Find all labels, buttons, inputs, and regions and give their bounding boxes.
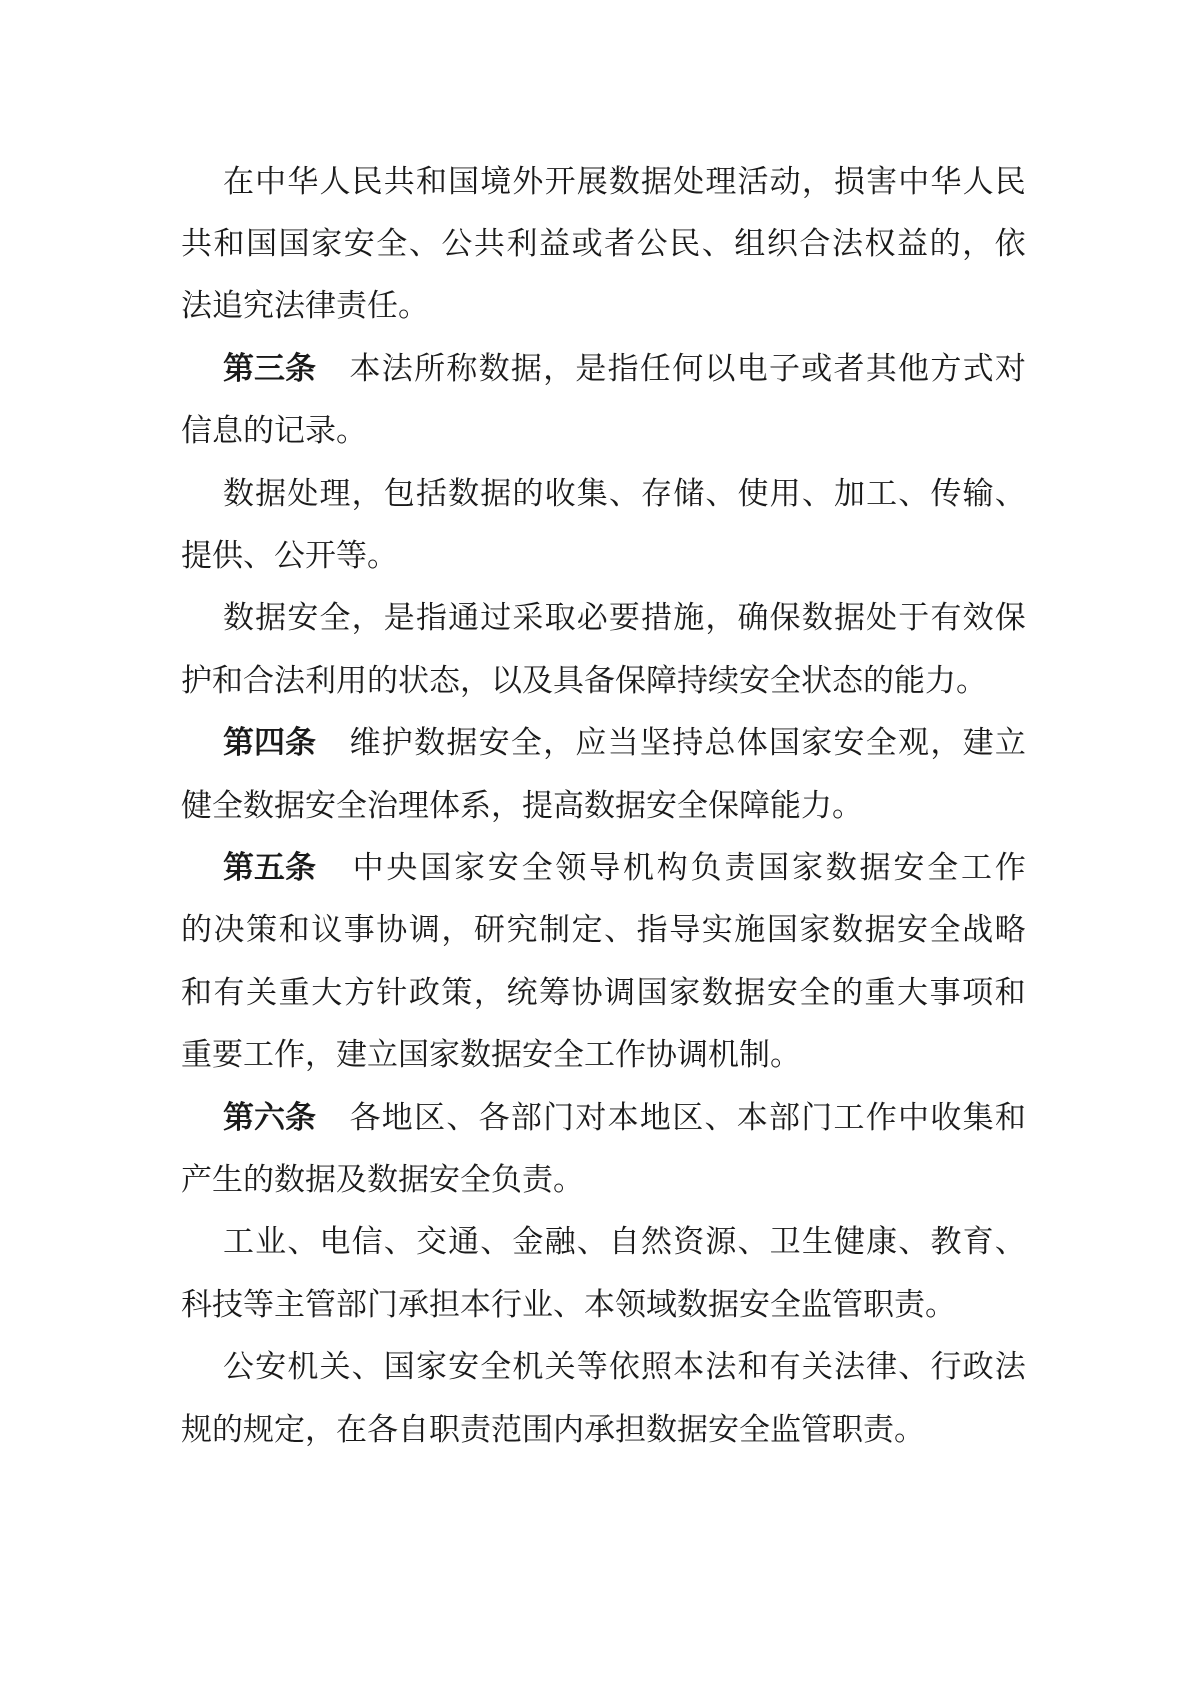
text-line-15: 重要工作，建立国家数据安全工作协调机制。: [181, 1020, 1026, 1082]
text-line-10: 第四条维护数据安全，应当坚持总体国家安全观，建立: [181, 709, 1026, 771]
article-number: 第六条: [223, 1092, 316, 1137]
article-number: 第四条: [223, 717, 316, 762]
document-body: 在中华人民共和国境外开展数据处理活动，损害中华人民共和国国家安全、公共利益或者公…: [181, 147, 1026, 1457]
text-line-20: 公安机关、国家安全机关等依照本法和有关法律、行政法: [181, 1332, 1026, 1394]
text-line-14: 和有关重大方针政策，统筹协调国家数据安全的重大事项和: [181, 958, 1026, 1020]
text-line-21: 规的规定，在各自职责范围内承担数据安全监管职责。: [181, 1395, 1026, 1457]
article-number: 第三条: [223, 343, 316, 388]
text-line-2: 共和国国家安全、公共利益或者公民、组织合法权益的，依: [181, 209, 1026, 271]
text-line-5: 信息的记录。: [181, 397, 1026, 459]
text-line-3: 法追究法律责任。: [181, 272, 1026, 334]
article-gap: [317, 739, 348, 740]
text-line-4: 第三条本法所称数据，是指任何以电子或者其他方式对: [181, 334, 1026, 396]
article-gap: [317, 365, 348, 366]
text-line-6: 数据处理，包括数据的收集、存储、使用、加工、传输、: [181, 459, 1026, 521]
text-line-18: 工业、电信、交通、金融、自然资源、卫生健康、教育、: [181, 1208, 1026, 1270]
text-line-19: 科技等主管部门承担本行业、本领域数据安全监管职责。: [181, 1270, 1026, 1332]
text-line-17: 产生的数据及数据安全负责。: [181, 1145, 1026, 1207]
text-line-13: 的决策和议事协调，研究制定、指导实施国家数据安全战略: [181, 896, 1026, 958]
document-page: 在中华人民共和国境外开展数据处理活动，损害中华人民共和国国家安全、公共利益或者公…: [0, 0, 1191, 1684]
text-line-11: 健全数据安全治理体系，提高数据安全保障能力。: [181, 771, 1026, 833]
article-gap: [317, 1114, 348, 1115]
article-gap: [319, 864, 350, 865]
text-line-16: 第六条各地区、各部门对本地区、本部门工作中收集和: [181, 1083, 1026, 1145]
text-line-7: 提供、公开等。: [181, 521, 1026, 583]
text-line-1: 在中华人民共和国境外开展数据处理活动，损害中华人民: [181, 147, 1026, 209]
text-line-12: 第五条中央国家安全领导机构负责国家数据安全工作: [181, 833, 1026, 895]
text-line-9: 护和合法利用的状态，以及具备保障持续安全状态的能力。: [181, 646, 1026, 708]
article-number: 第五条: [223, 842, 316, 887]
text-line-8: 数据安全，是指通过采取必要措施，确保数据处于有效保: [181, 584, 1026, 646]
